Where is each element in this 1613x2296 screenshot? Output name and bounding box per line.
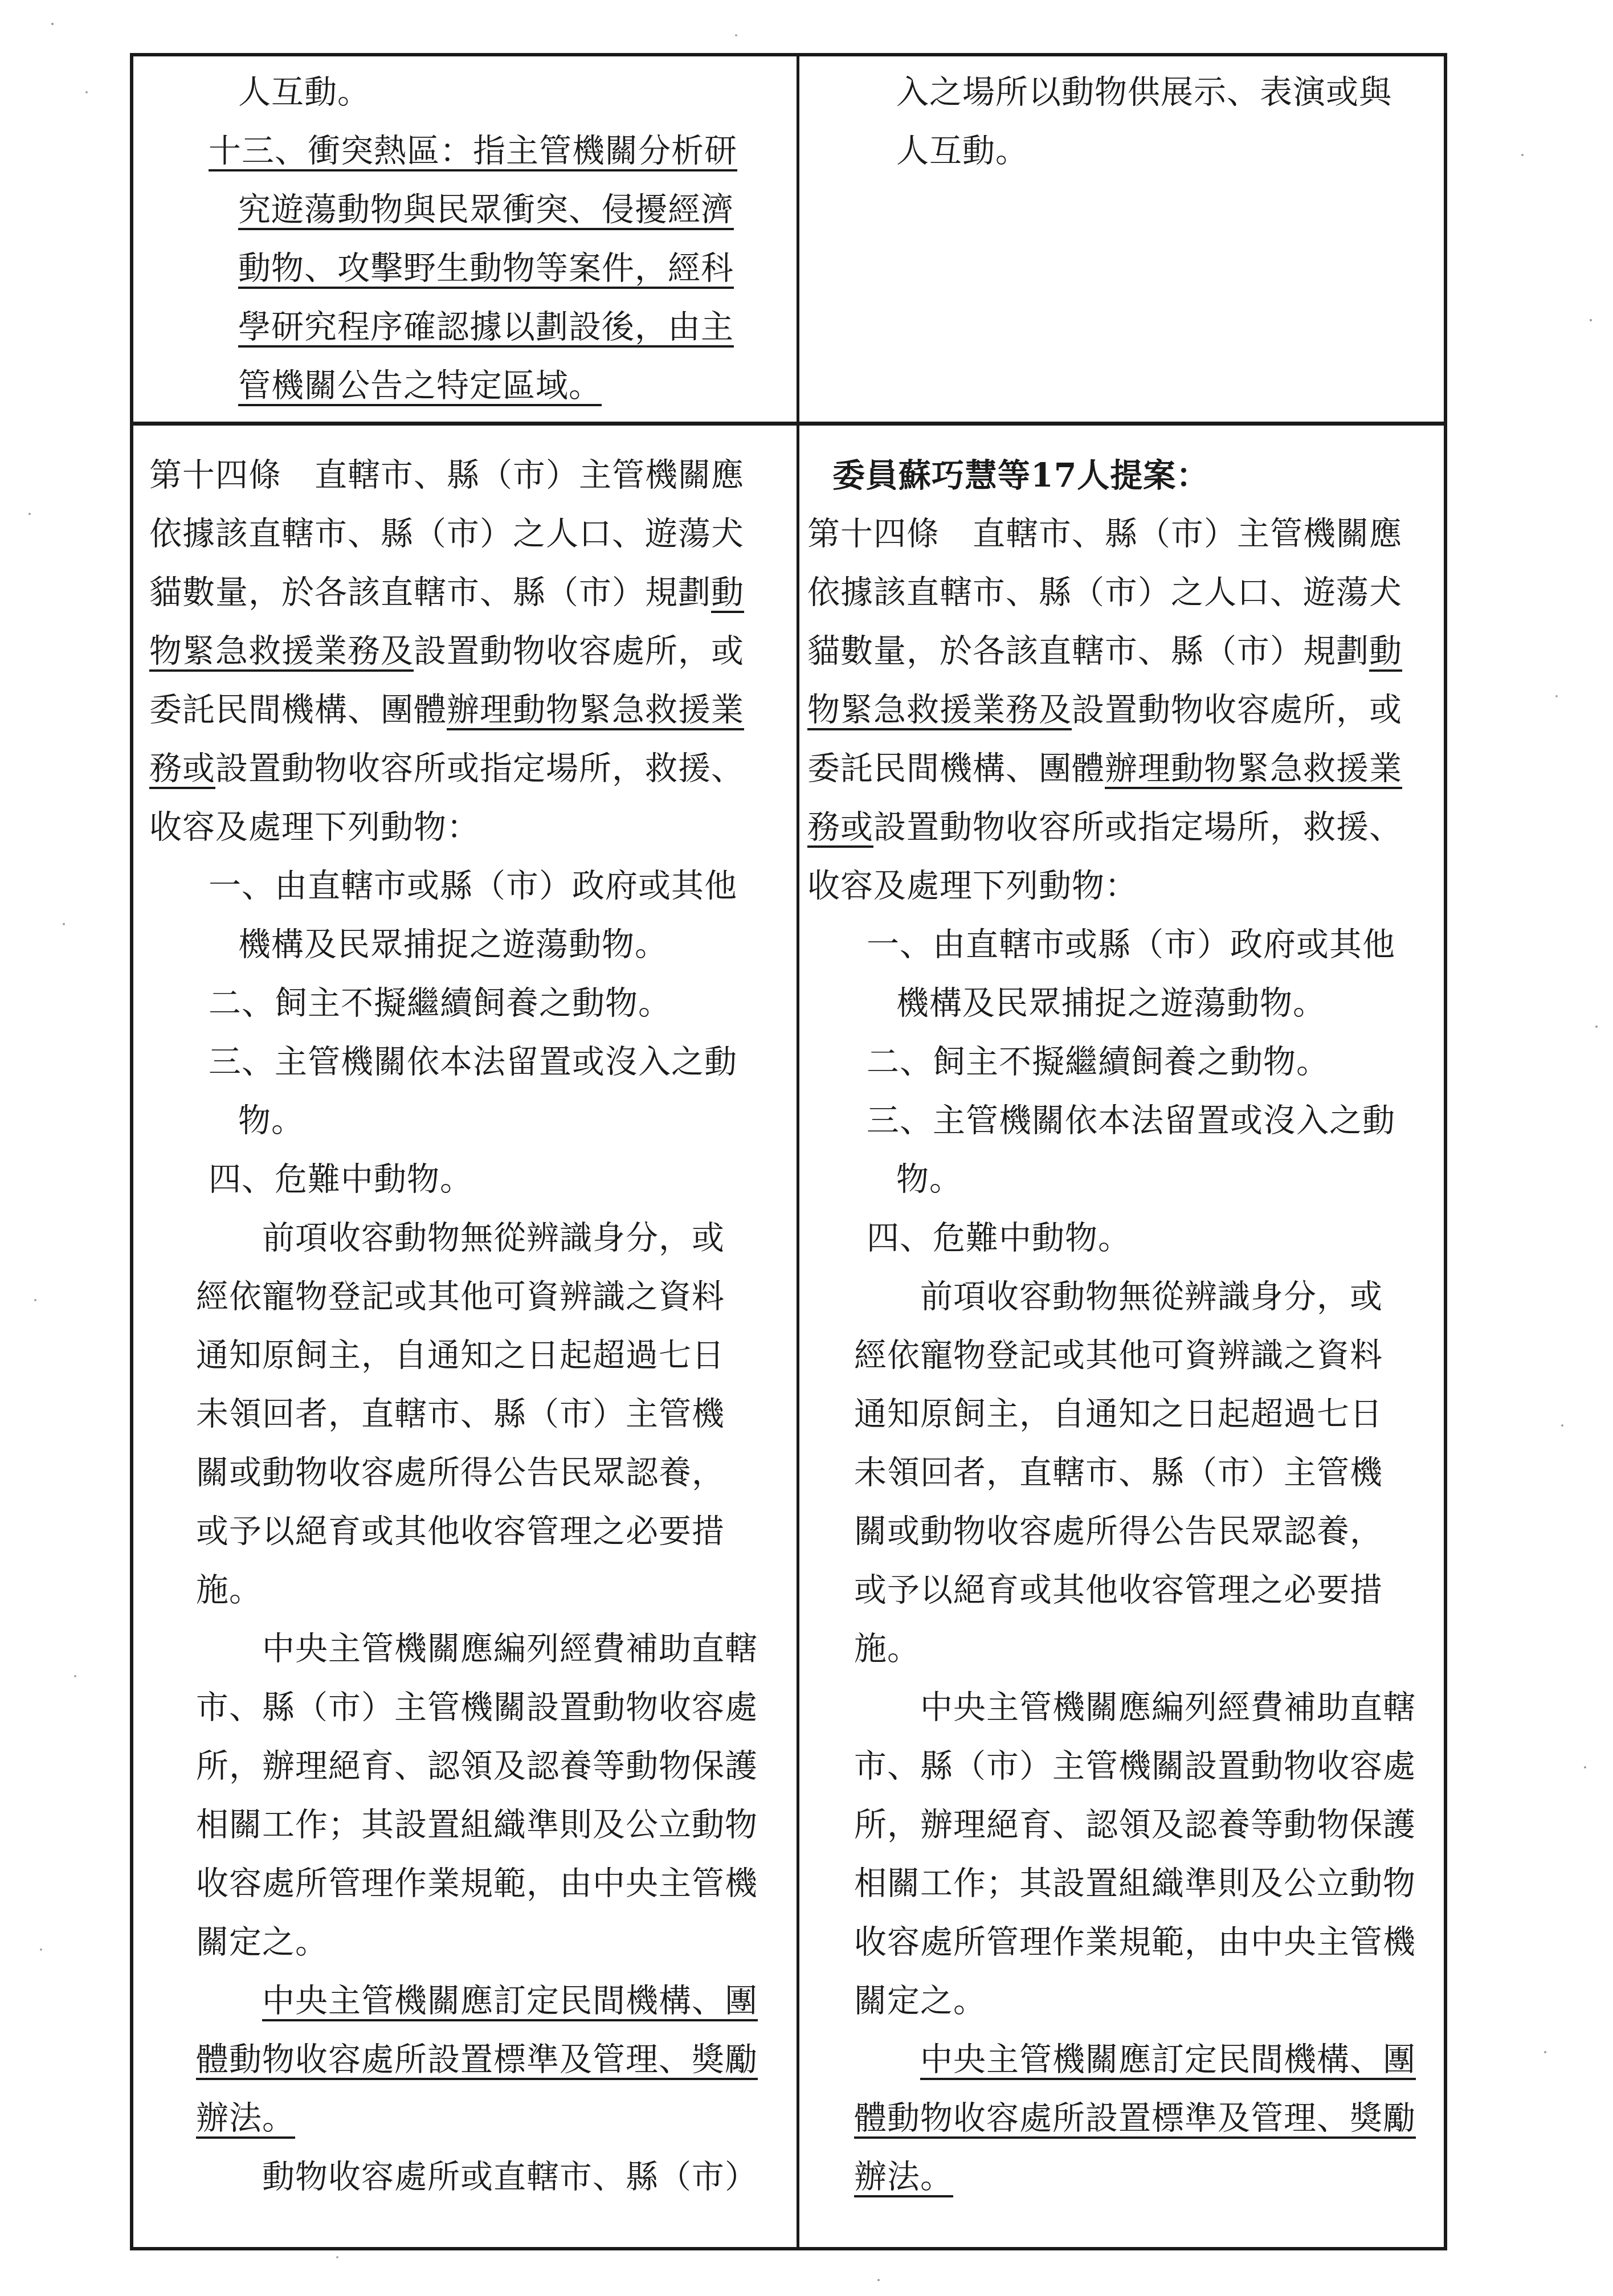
underlined-amendment-text: 十三、衝突熱區：指主管機關分析研	[209, 132, 737, 170]
text-line: 所，辦理絕育、認領及認養等動物保護	[854, 1796, 1440, 1854]
text-segment: 收容及處理下列動物：	[149, 808, 480, 846]
text-line: 三、主管機關依本法留置或沒入之動	[867, 1092, 1440, 1150]
underlined-amendment-text: 務或	[149, 750, 215, 787]
text-segment: 入之場所以動物供展示、表演或與	[896, 73, 1392, 111]
text-line: 收容及處理下列動物：	[149, 798, 793, 857]
text-line: 人互動。	[896, 122, 1440, 181]
text-line: 動物收容處所或直轄市、縣（市）	[262, 2148, 793, 2207]
text-line: 相關工作；其設置組織準則及公立動物	[854, 1854, 1440, 1913]
underlined-amendment-text: 動	[1369, 632, 1402, 670]
text-segment: 市、縣（市）主管機關設置動物收容處	[196, 1689, 758, 1726]
text-segment: 機構及民眾捕捉之遊蕩動物。	[238, 926, 668, 963]
text-line: 收容及處理下列動物：	[807, 857, 1440, 916]
text-segment: 二、飼主不擬繼續飼養之動物。	[867, 1043, 1329, 1081]
text-segment: 或予以絕育或其他收容管理之必要措	[854, 1571, 1383, 1609]
text-line: 收容處所管理作業規範，由中央主管機	[196, 1854, 793, 1913]
text-segment: 通知原飼主，自通知之日起超過七日	[854, 1395, 1383, 1433]
text-line: 二、飼主不擬繼續飼養之動物。	[209, 974, 793, 1033]
text-segment: 四、危難中動物。	[867, 1219, 1131, 1257]
underlined-amendment-text: 動	[711, 574, 744, 611]
text-line: 四、危難中動物。	[209, 1150, 793, 1209]
text-line: 物。	[238, 1092, 793, 1150]
text-line: 關定之。	[196, 1913, 793, 1972]
text-line: 前項收容動物無從辨識身分，或	[920, 1268, 1440, 1326]
text-line: 中央主管機關應訂定民間機構、團	[262, 1972, 793, 2031]
text-segment: 收容及處理下列動物：	[807, 867, 1138, 905]
text-line: 相關工作；其設置組織準則及公立動物	[196, 1796, 793, 1854]
text-line: 未領回者，直轄市、縣（市）主管機	[196, 1385, 793, 1444]
text-line: 中央主管機關應編列經費補助直轄	[262, 1620, 793, 1678]
text-segment: 設置動物收容所或指定場所，救援、	[215, 750, 744, 787]
underlined-amendment-text: 務或	[807, 808, 873, 846]
text-segment: 人互動。	[238, 73, 370, 111]
underlined-amendment-text: 學研究程序確認據以劃設後，由主	[238, 308, 734, 346]
underlined-amendment-text: 物緊急救援業務及	[149, 632, 414, 670]
text-segment: 或予以絕育或其他收容管理之必要措	[196, 1513, 725, 1550]
text-segment: 通知原飼主，自通知之日起超過七日	[196, 1337, 725, 1374]
text-segment: 中央主管機關應編列經費補助直轄	[262, 1630, 758, 1668]
bill-comparison-table: 人互動。十三、衝突熱區：指主管機關分析研究遊蕩動物與民眾衝突、侵擾經濟動物、攻擊…	[130, 53, 1447, 2250]
text-line: 體動物收容處所設置標準及管理、獎勵	[196, 2031, 793, 2089]
text-segment: 依據該直轄市、縣（市）之人口、遊蕩犬	[149, 515, 744, 553]
text-segment: 施。	[854, 1630, 920, 1668]
text-segment: 委託民間機構、團體	[807, 750, 1105, 787]
scanned-legal-document-page: { "page": { "paper_color": "#ffffff", "i…	[0, 0, 1613, 2296]
text-segment: 物。	[238, 1102, 304, 1139]
text-line: 經依寵物登記或其他可資辨識之資料	[854, 1326, 1440, 1385]
text-segment: 中央主管機關應編列經費補助直轄	[920, 1689, 1416, 1726]
text-line: 關或動物收容處所得公告民眾認養，	[854, 1502, 1440, 1561]
text-line: 通知原飼主，自通知之日起超過七日	[196, 1326, 793, 1385]
right-column-row2-cell-article-14-su-chiao-hui-proposal: 委員蘇巧慧等17人提案：第十四條 直轄市、縣（市）主管機關應依據該直轄市、縣（市…	[799, 426, 1444, 2247]
underlined-amendment-text: 體動物收容處所設置標準及管理、獎勵	[854, 2099, 1416, 2137]
text-line: 關或動物收容處所得公告民眾認養，	[196, 1444, 793, 1502]
text-line: 物緊急救援業務及設置動物收容處所，或	[149, 622, 793, 681]
text-line: 入之場所以動物供展示、表演或與	[896, 63, 1440, 122]
left-column-row2-cell-article-14: 第十四條 直轄市、縣（市）主管機關應依據該直轄市、縣（市）之人口、遊蕩犬貓數量，…	[133, 426, 797, 2247]
text-segment: 第十四條 直轄市、縣（市）主管機關應	[807, 515, 1402, 553]
underlined-amendment-text: 中央主管機關應訂定民間機構、團	[262, 1982, 758, 2020]
text-line: 前項收容動物無從辨識身分，或	[262, 1209, 793, 1268]
underlined-amendment-text: 辦法。	[196, 2099, 295, 2137]
text-line: 市、縣（市）主管機關設置動物收容處	[196, 1678, 793, 1737]
underlined-amendment-text: 辦理動物緊急救援業	[447, 691, 744, 729]
underlined-amendment-text: 物緊急救援業務及	[807, 691, 1072, 729]
text-line: 依據該直轄市、縣（市）之人口、遊蕩犬	[807, 563, 1440, 622]
text-segment: 貓數量，於各該直轄市、縣（市）規劃	[149, 574, 711, 611]
text-segment: 關或動物收容處所得公告民眾認養，	[854, 1513, 1383, 1550]
text-line: 關定之。	[854, 1972, 1440, 2031]
underlined-amendment-text: 中央主管機關應訂定民間機構、團	[920, 2041, 1416, 2078]
text-line: 委託民間機構、團體辦理動物緊急救援業	[807, 740, 1440, 798]
text-segment: 相關工作；其設置組織準則及公立動物	[196, 1806, 758, 1844]
text-line: 究遊蕩動物與民眾衝突、侵擾經濟	[238, 181, 793, 239]
text-line: 依據該直轄市、縣（市）之人口、遊蕩犬	[149, 505, 793, 563]
text-line: 學研究程序確認據以劃設後，由主	[238, 298, 793, 357]
text-line: 經依寵物登記或其他可資辨識之資料	[196, 1268, 793, 1326]
text-segment: 設置動物收容處所，或	[414, 632, 744, 670]
text-line: 務或設置動物收容所或指定場所，救援、	[807, 798, 1440, 857]
text-segment: 收容處所管理作業規範，由中央主管機	[196, 1865, 758, 1902]
text-line: 第十四條 直轄市、縣（市）主管機關應	[149, 446, 793, 505]
text-line: 未領回者，直轄市、縣（市）主管機	[854, 1444, 1440, 1502]
text-line: 十三、衝突熱區：指主管機關分析研	[209, 122, 793, 181]
text-segment: 四、危難中動物。	[209, 1161, 473, 1198]
right-column-row1-cell: 入之場所以動物供展示、表演或與人互動。	[799, 56, 1444, 422]
text-line: 四、危難中動物。	[867, 1209, 1440, 1268]
text-line: 貓數量，於各該直轄市、縣（市）規劃動	[807, 622, 1440, 681]
underlined-amendment-text: 管機關公告之特定區域。	[238, 367, 602, 405]
text-segment: 相關工作；其設置組織準則及公立動物	[854, 1865, 1416, 1902]
text-segment: 未領回者，直轄市、縣（市）主管機	[854, 1454, 1383, 1492]
text-segment: 設置動物收容所或指定場所，救援、	[873, 808, 1402, 846]
text-line: 市、縣（市）主管機關設置動物收容處	[854, 1737, 1440, 1796]
text-segment: 一、由直轄市或縣（市）政府或其他	[209, 867, 737, 905]
text-segment: 前項收容動物無從辨識身分，或	[262, 1219, 725, 1257]
underlined-amendment-text: 動物、攻擊野生動物等案件，經科	[238, 250, 734, 287]
text-segment: 經依寵物登記或其他可資辨識之資料	[854, 1337, 1383, 1374]
text-line: 通知原飼主，自通知之日起超過七日	[854, 1385, 1440, 1444]
text-line: 管機關公告之特定區域。	[238, 357, 793, 415]
text-segment: 物。	[896, 1161, 962, 1198]
text-segment: 委員蘇巧慧等17人提案：	[832, 456, 1209, 495]
underlined-amendment-text: 辦理動物緊急救援業	[1105, 750, 1402, 787]
text-line: 或予以絕育或其他收容管理之必要措	[196, 1502, 793, 1561]
scan-noise-dots	[51, 23, 54, 25]
row-divider	[133, 422, 1444, 426]
text-line: 一、由直轄市或縣（市）政府或其他	[209, 857, 793, 916]
text-line: 務或設置動物收容所或指定場所，救援、	[149, 740, 793, 798]
text-line: 施。	[854, 1620, 1440, 1678]
text-line: 辦法。	[854, 2148, 1440, 2207]
left-column-row1-cell: 人互動。十三、衝突熱區：指主管機關分析研究遊蕩動物與民眾衝突、侵擾經濟動物、攻擊…	[133, 56, 797, 422]
text-line: 人互動。	[238, 63, 793, 122]
text-segment: 所，辦理絕育、認領及認養等動物保護	[854, 1806, 1416, 1844]
text-segment: 關定之。	[854, 1982, 986, 2020]
underlined-amendment-text: 辦法。	[854, 2158, 953, 2196]
text-segment: 三、主管機關依本法留置或沒入之動	[209, 1043, 737, 1081]
text-line: 體動物收容處所設置標準及管理、獎勵	[854, 2089, 1440, 2148]
text-line: 機構及民眾捕捉之遊蕩動物。	[896, 974, 1440, 1033]
text-segment: 關或動物收容處所得公告民眾認養，	[196, 1454, 725, 1492]
text-segment: 三、主管機關依本法留置或沒入之動	[867, 1102, 1395, 1139]
text-line: 第十四條 直轄市、縣（市）主管機關應	[807, 505, 1440, 563]
text-line: 物。	[896, 1150, 1440, 1209]
text-line: 貓數量，於各該直轄市、縣（市）規劃動	[149, 563, 793, 622]
text-line: 或予以絕育或其他收容管理之必要措	[854, 1561, 1440, 1620]
text-segment: 施。	[196, 1571, 262, 1609]
text-segment: 一、由直轄市或縣（市）政府或其他	[867, 926, 1395, 963]
text-line: 二、飼主不擬繼續飼養之動物。	[867, 1033, 1440, 1092]
text-line: 所，辦理絕育、認領及認養等動物保護	[196, 1737, 793, 1796]
text-line: 收容處所管理作業規範，由中央主管機	[854, 1913, 1440, 1972]
text-segment: 第十四條 直轄市、縣（市）主管機關應	[149, 456, 744, 494]
text-line: 三、主管機關依本法留置或沒入之動	[209, 1033, 793, 1092]
text-segment: 收容處所管理作業規範，由中央主管機	[854, 1923, 1416, 1961]
text-segment: 機構及民眾捕捉之遊蕩動物。	[896, 984, 1326, 1022]
text-segment: 市、縣（市）主管機關設置動物收容處	[854, 1747, 1416, 1785]
text-line: 動物、攻擊野生動物等案件，經科	[238, 239, 793, 298]
text-segment: 二、飼主不擬繼續飼養之動物。	[209, 984, 671, 1022]
text-segment: 未領回者，直轄市、縣（市）主管機	[196, 1395, 725, 1433]
text-segment: 貓數量，於各該直轄市、縣（市）規劃	[807, 632, 1369, 670]
text-line: 物緊急救援業務及設置動物收容處所，或	[807, 681, 1440, 740]
text-segment: 委託民間機構、團體	[149, 691, 447, 729]
underlined-amendment-text: 體動物收容處所設置標準及管理、獎勵	[196, 2041, 758, 2078]
text-line: 中央主管機關應訂定民間機構、團	[920, 2031, 1440, 2089]
text-segment: 所，辦理絕育、認領及認養等動物保護	[196, 1747, 758, 1785]
text-segment: 依據該直轄市、縣（市）之人口、遊蕩犬	[807, 574, 1402, 611]
text-segment: 關定之。	[196, 1923, 328, 1961]
proposer-heading-line: 委員蘇巧慧等17人提案：	[832, 446, 1440, 505]
text-segment: 設置動物收容處所，或	[1072, 691, 1402, 729]
underlined-amendment-text: 究遊蕩動物與民眾衝突、侵擾經濟	[238, 191, 734, 228]
text-line: 中央主管機關應編列經費補助直轄	[920, 1678, 1440, 1737]
text-line: 施。	[196, 1561, 793, 1620]
text-segment: 前項收容動物無從辨識身分，或	[920, 1278, 1383, 1315]
text-segment: 經依寵物登記或其他可資辨識之資料	[196, 1278, 725, 1315]
text-line: 一、由直轄市或縣（市）政府或其他	[867, 916, 1440, 974]
text-line: 委託民間機構、團體辦理動物緊急救援業	[149, 681, 793, 740]
text-segment: 人互動。	[896, 132, 1028, 170]
text-line: 辦法。	[196, 2089, 793, 2148]
text-line: 機構及民眾捕捉之遊蕩動物。	[238, 916, 793, 974]
text-segment: 動物收容處所或直轄市、縣（市）	[262, 2158, 758, 2196]
